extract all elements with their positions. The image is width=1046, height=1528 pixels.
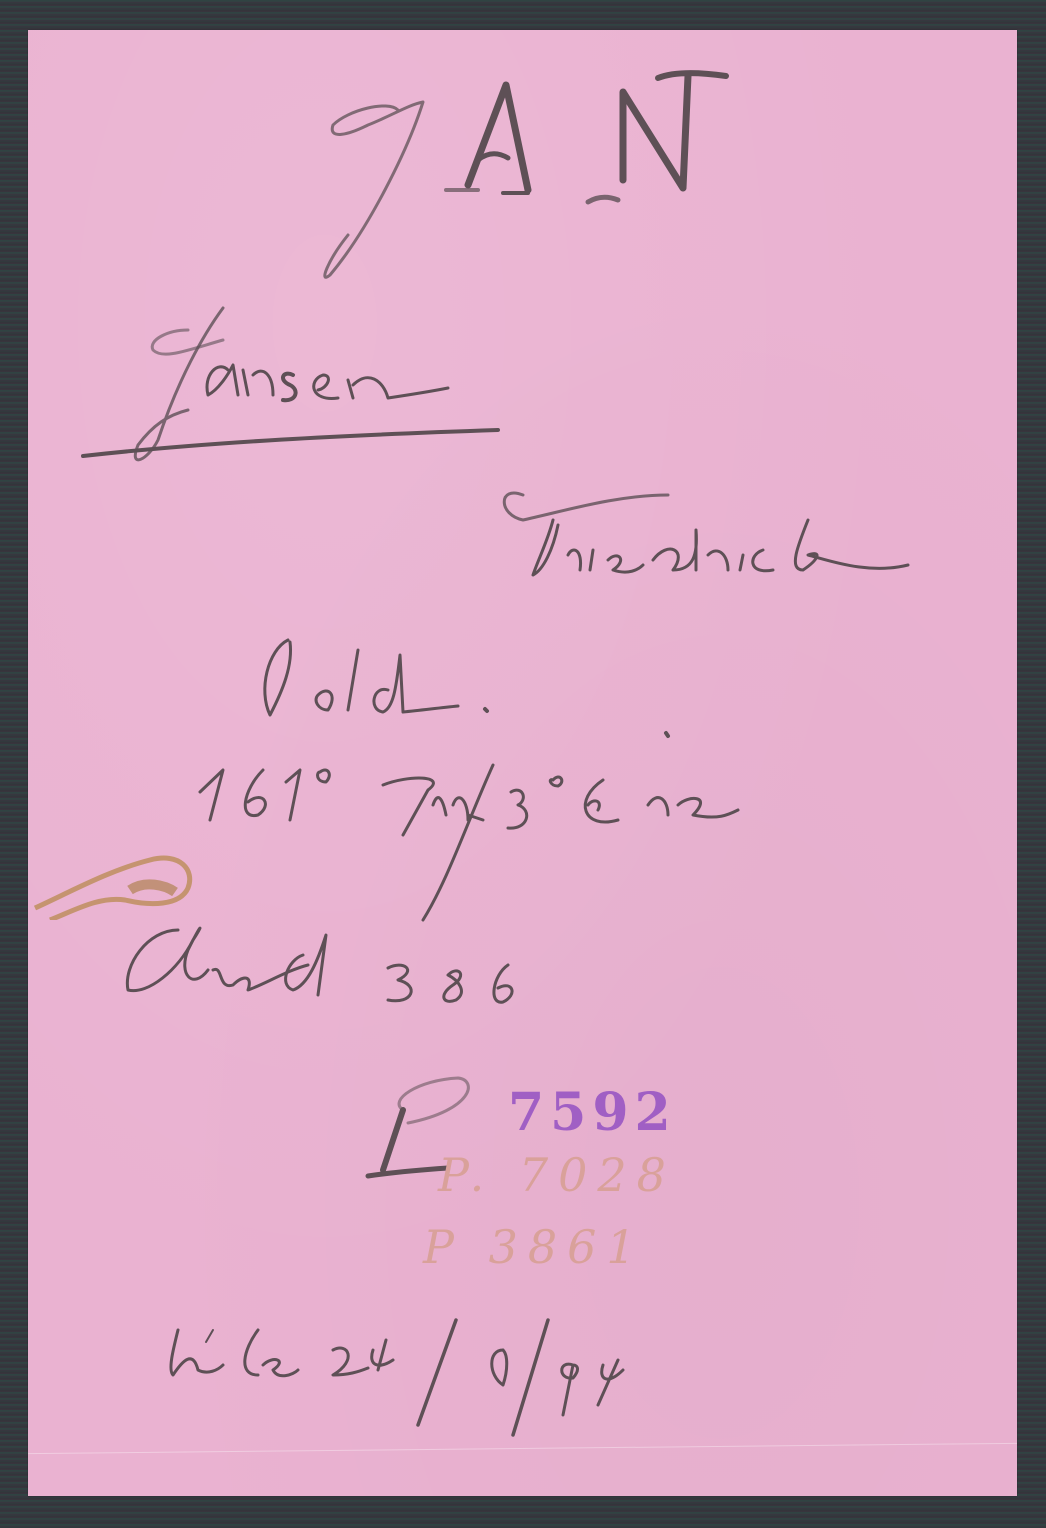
index-card: JAN Jansen Friedrich Sold. 161° Inf 3° C… (28, 30, 1017, 1496)
unit-ink (200, 733, 738, 920)
surname-ink (83, 308, 498, 460)
birth-line-ink (171, 1320, 623, 1435)
medical-ref-ink (127, 928, 512, 1002)
header-letters-ink (325, 73, 726, 277)
pencil-ref-1: P. 7028 (438, 1148, 676, 1202)
pencil-ref-2: P 3861 (423, 1220, 646, 1274)
stamp-number: 7592 (508, 1082, 677, 1143)
rank-ink (265, 640, 487, 715)
handwriting-layer (28, 30, 1017, 1496)
given-name-ink (504, 493, 908, 575)
